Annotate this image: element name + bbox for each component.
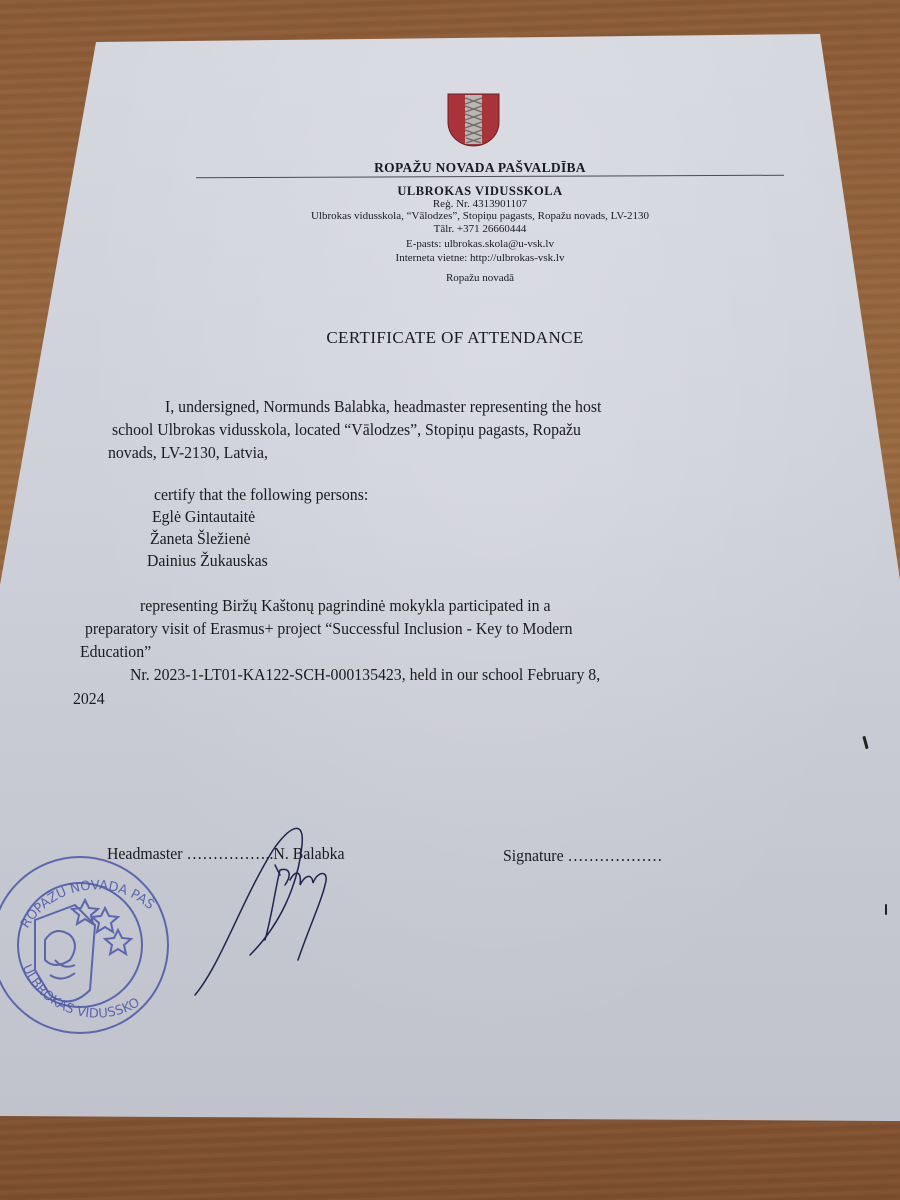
school-stamp-icon: ROPAŽU NOVADA PAŠVALDĪBA ULBROKAS VIDUSS… [0,830,170,1040]
pen-mark [885,904,887,915]
coat-of-arms-icon [446,92,501,148]
project-number-line: Nr. 2023-1-LT01-KA122-SCH-000135423, hel… [130,664,600,686]
project-year-line: 2024 [73,688,105,710]
school-address: Ulbrokas vidusskola, “Vālodzes”, Stopiņu… [200,210,760,223]
letter-place: Ropažu novadā [200,272,760,285]
signature-line: Signature ……………… [503,845,662,867]
person-name: Eglė Gintautaitė [152,506,255,528]
school-email: E-pasts: ulbrokas.skola@u-vsk.lv [200,238,760,251]
school-phone: Tālr. +371 26660444 [200,223,760,236]
person-name: Dainius Žukauskas [147,550,268,572]
intro-line-1: I, undersigned, Normunds Balabka, headma… [165,396,601,418]
handwritten-signature [180,815,370,1000]
participation-line-1: representing Biržų Kaštonų pagrindinė mo… [140,595,551,617]
person-name: Žaneta Šležienė [150,528,251,550]
municipality-name: ROPAŽU NOVADA PAŠVALDĪBA [240,160,720,176]
intro-line-3: novads, LV-2130, Latvia, [108,442,268,464]
school-website: Interneta vietne: http://ulbrokas-vsk.lv [200,252,760,265]
intro-line-2: school Ulbrokas vidusskola, located “Vāl… [112,419,581,441]
certify-line: certify that the following persons: [154,484,368,506]
school-name: ULBROKAS VIDUSSKOLA [280,184,680,199]
participation-line-3: Education” [80,641,151,663]
participation-line-2: preparatory visit of Erasmus+ project “S… [85,618,572,640]
certificate-title: CERTIFICATE OF ATTENDANCE [250,328,660,348]
